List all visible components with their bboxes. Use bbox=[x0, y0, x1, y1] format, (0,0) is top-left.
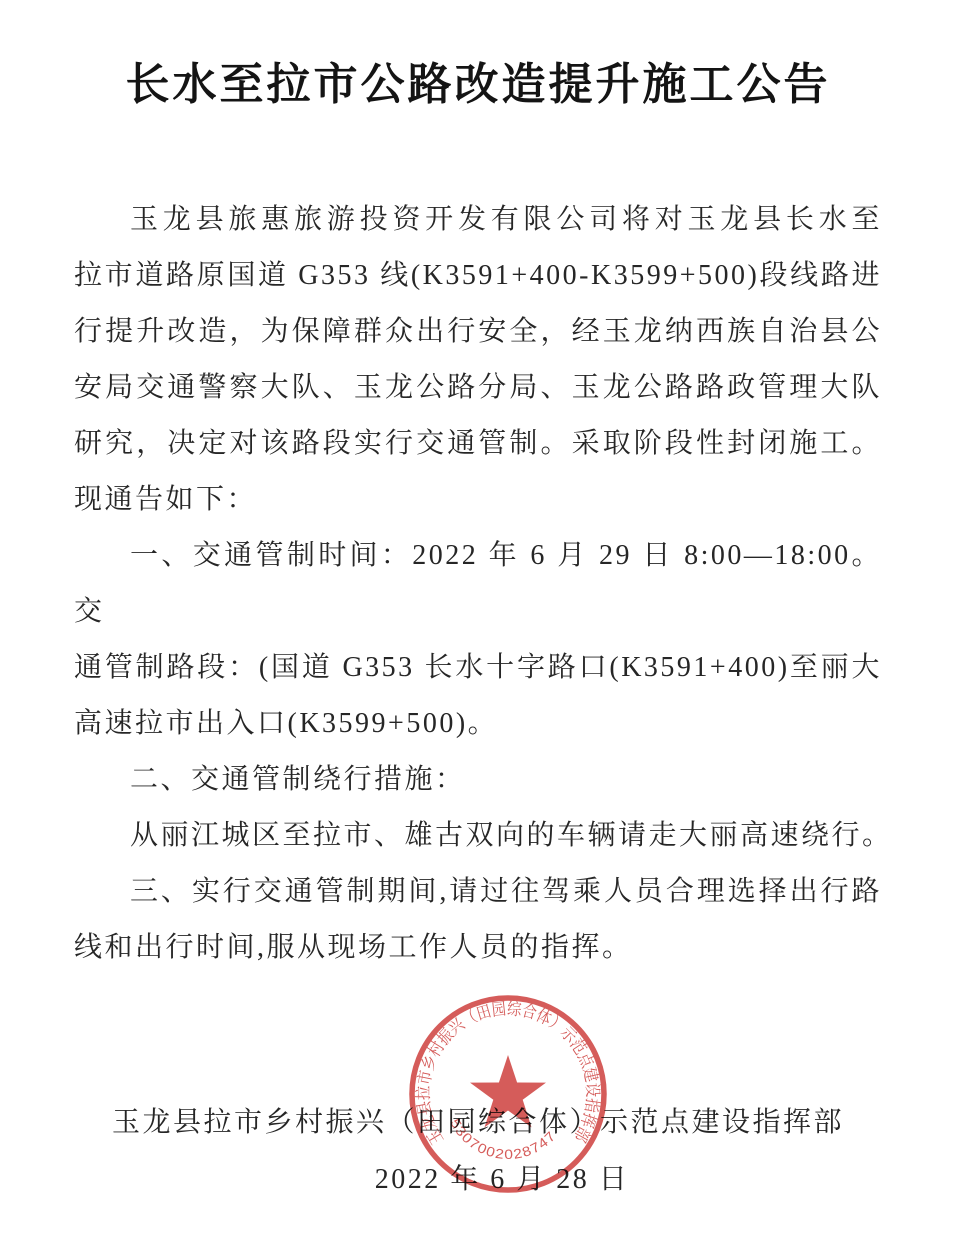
text-line: 三、实行交通管制期间,请过往驾乘人员合理选择出行路 bbox=[74, 864, 882, 920]
paragraph: 从丽江城区至拉市、雄古双向的车辆请走大丽高速绕行。 bbox=[74, 808, 882, 864]
text-line: 行提升改造，为保障群众出行安全，经玉龙纳西族自治县公 bbox=[74, 304, 882, 360]
text-line: 二、交通管制绕行措施： bbox=[74, 752, 882, 808]
notice-body: 玉龙县旅惠旅游投资开发有限公司将对玉龙县长水至拉市道路原国道 G353 线(K3… bbox=[74, 192, 882, 976]
text-line: 高速拉市出入口(K3599+500)。 bbox=[74, 696, 882, 752]
notice-title: 长水至拉市公路改造提升施工公告 bbox=[74, 52, 882, 118]
text-line: 线和出行时间,服从现场工作人员的指挥。 bbox=[74, 920, 882, 976]
issue-date: 2022 年 6 月 28 日 bbox=[98, 1151, 906, 1208]
notice-document: 长水至拉市公路改造提升施工公告 玉龙县旅惠旅游投资开发有限公司将对玉龙县长水至拉… bbox=[0, 0, 958, 1234]
signature-block: 玉龙县拉市乡村振兴（田园综合体）示范点建设指挥部 2022 年 6 月 28 日 bbox=[74, 1094, 882, 1208]
text-line: 通管制路段：(国道 G353 长水十字路口(K3591+400)至丽大 bbox=[74, 640, 882, 696]
text-line: 从丽江城区至拉市、雄古双向的车辆请走大丽高速绕行。 bbox=[74, 808, 882, 864]
paragraph: 三、实行交通管制期间,请过往驾乘人员合理选择出行路线和出行时间,服从现场工作人员… bbox=[74, 864, 882, 976]
paragraph: 二、交通管制绕行措施： bbox=[74, 752, 882, 808]
text-line: 安局交通警察大队、玉龙公路分局、玉龙公路路政管理大队 bbox=[74, 360, 882, 416]
text-line: 玉龙县旅惠旅游投资开发有限公司将对玉龙县长水至 bbox=[74, 192, 882, 248]
paragraph: 一、交通管制时间：2022 年 6 月 29 日 8:00—18:00。交通管制… bbox=[74, 528, 882, 752]
text-line: 现通告如下： bbox=[74, 472, 882, 528]
paragraph: 玉龙县旅惠旅游投资开发有限公司将对玉龙县长水至拉市道路原国道 G353 线(K3… bbox=[74, 192, 882, 528]
text-line: 拉市道路原国道 G353 线(K3591+400-K3599+500)段线路进 bbox=[74, 248, 882, 304]
issuer-signature: 玉龙县拉市乡村振兴（田园综合体）示范点建设指挥部 bbox=[74, 1094, 882, 1151]
text-line: 一、交通管制时间：2022 年 6 月 29 日 8:00—18:00。交 bbox=[74, 528, 882, 640]
text-line: 研究，决定对该路段实行交通管制。采取阶段性封闭施工。 bbox=[74, 416, 882, 472]
